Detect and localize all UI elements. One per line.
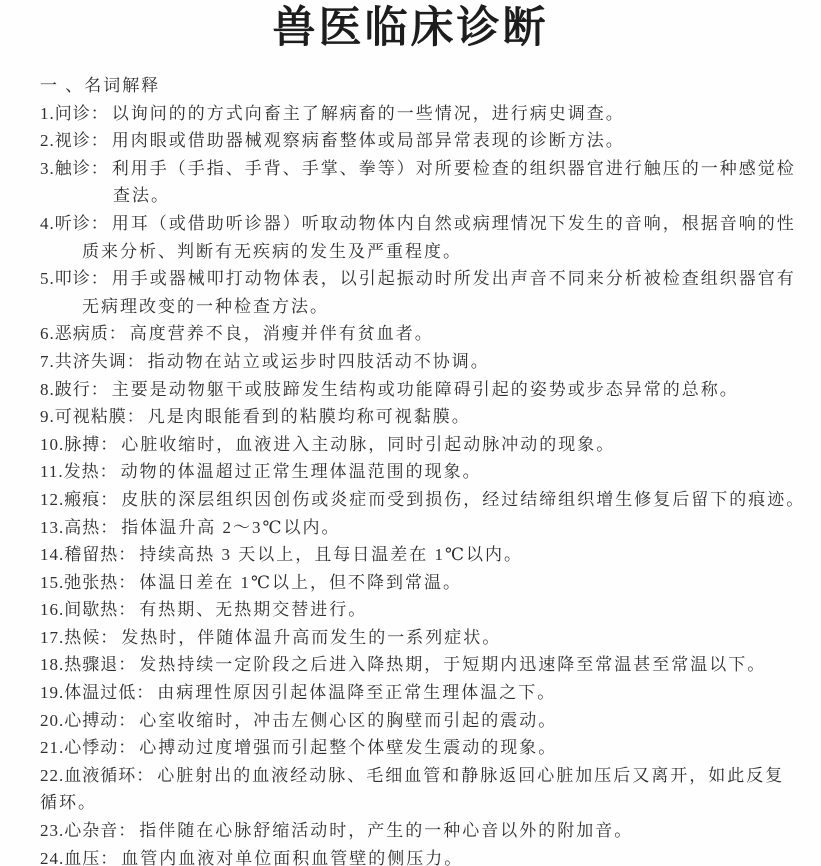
term-item: 21.心悸动：心搏动过度增强而引起整个体壁发生震动的现象。 [40, 734, 815, 762]
term-item: 2.视诊：用肉眼或借助器械观察病畜整体或局部异常表现的诊断方法。 [40, 127, 815, 155]
term-label: 10.脉搏： [40, 435, 118, 454]
term-definition: 皮肤的深层组织因创伤或炎症而受到损伤，经过结缔组织增生修复后留下的痕迹。 [121, 490, 805, 509]
term-label: 17.热候： [40, 628, 118, 647]
term-definition: 动物的体温超过正常生理体温范围的现象。 [121, 462, 482, 481]
term-definition: 用肉眼或借助器械观察病畜整体或局部异常表现的诊断方法。 [112, 131, 625, 150]
term-item: 14.稽留热：持续高热 3 天以上，且每日温差在 1℃以内。 [40, 541, 815, 569]
term-definition: 发热持续一定阶段之后进入降热期，于短期内迅速降至常温甚至常温以下。 [139, 655, 766, 674]
term-item: 9.可视粘膜：凡是肉眼能看到的粘膜均称可视黏膜。 [40, 403, 815, 431]
term-item: 10.脉搏：心脏收缩时，血液进入主动脉，同时引起动脉冲动的现象。 [40, 431, 815, 459]
term-definition: 由病理性原因引起体温降至正常生理体温之下。 [157, 683, 556, 702]
term-item: 11.发热：动物的体温超过正常生理体温范围的现象。 [40, 458, 815, 486]
term-definition: 有热期、无热期交替进行。 [139, 600, 367, 619]
term-label: 6.恶病质： [40, 324, 127, 343]
term-definition: 心脏射出的血液经动脉、毛细血管和静脉返回心脏加压后又离开，如此反复 [157, 766, 784, 785]
term-label: 23.心杂音： [40, 821, 136, 840]
term-label: 24.血压： [40, 849, 118, 866]
term-label: 20.心搏动： [40, 711, 136, 730]
term-item: 3.触诊：利用手（手指、手背、手掌、拳等）对所要检查的组织器官进行触压的一种感觉… [40, 155, 815, 183]
term-item: 4.听诊：用耳（或借助听诊器）听取动物体内自然或病理情况下发生的音响，根据音响的… [40, 210, 815, 238]
term-label: 4.听诊： [40, 214, 109, 233]
term-item: 15.弛张热：体温日差在 1℃以上，但不降到常温。 [40, 569, 815, 597]
term-label: 14.稽留热： [40, 545, 136, 564]
term-label: 15.弛张热： [40, 573, 136, 592]
term-definition: 用手或器械叩打动物体表，以引起振动时所发出声音不同来分析被检查组织器官有 [112, 269, 796, 288]
term-definition-continuation: 查法。 [40, 182, 815, 210]
term-definition-continuation: 循环。 [40, 789, 815, 817]
term-definition-continuation: 质来分析、判断有无疾病的发生及严重程度。 [40, 238, 815, 266]
term-item: 19.体温过低：由病理性原因引起体温降至正常生理体温之下。 [40, 679, 815, 707]
term-item: 12.瘢痕：皮肤的深层组织因创伤或炎症而受到损伤，经过结缔组织增生修复后留下的痕… [40, 486, 815, 514]
term-definition: 利用手（手指、手背、手掌、拳等）对所要检查的组织器官进行触压的一种感觉检 [112, 159, 796, 178]
term-label: 13.高热： [40, 518, 118, 537]
term-label: 9.可视粘膜： [40, 407, 145, 426]
term-item: 24.血压：血管内血液对单位面积血管壁的侧压力。 [40, 845, 815, 866]
term-label: 8.跛行： [40, 380, 109, 399]
term-definition: 血管内血液对单位面积血管壁的侧压力。 [121, 849, 463, 866]
term-item: 22.血液循环：心脏射出的血液经动脉、毛细血管和静脉返回心脏加压后又离开，如此反… [40, 762, 815, 790]
term-definition: 凡是肉眼能看到的粘膜均称可视黏膜。 [148, 407, 471, 426]
term-label: 19.体温过低： [40, 683, 154, 702]
term-definition: 指体温升高 2～3℃以内。 [121, 518, 340, 537]
term-label: 7.共济失调： [40, 352, 145, 371]
term-label: 5.叩诊： [40, 269, 109, 288]
term-label: 12.瘢痕： [40, 490, 118, 509]
term-definition: 指伴随在心脉舒缩活动时，产生的一种心音以外的附加音。 [139, 821, 633, 840]
terms-list: 1.问诊：以询问的的方式向畜主了解病畜的一些情况，进行病史调查。2.视诊：用肉眼… [40, 100, 815, 866]
term-label: 11.发热： [40, 462, 118, 481]
term-definition: 发热时，伴随体温升高而发生的一系列症状。 [121, 628, 501, 647]
term-label: 1.问诊： [40, 104, 109, 123]
term-label: 21.心悸动： [40, 738, 136, 757]
term-label: 3.触诊： [40, 159, 109, 178]
term-label: 18.热骤退： [40, 655, 136, 674]
term-item: 5.叩诊：用手或器械叩打动物体表，以引起振动时所发出声音不同来分析被检查组织器官… [40, 265, 815, 293]
term-definition: 心脏收缩时，血液进入主动脉，同时引起动脉冲动的现象。 [121, 435, 615, 454]
term-label: 22.血液循环： [40, 766, 154, 785]
term-item: 16.间歇热：有热期、无热期交替进行。 [40, 596, 815, 624]
term-item: 23.心杂音：指伴随在心脉舒缩活动时，产生的一种心音以外的附加音。 [40, 817, 815, 845]
term-definition: 用耳（或借助听诊器）听取动物体内自然或病理情况下发生的音响，根据音响的性 [112, 214, 796, 233]
term-definition: 体温日差在 1℃以上，但不降到常温。 [139, 573, 462, 592]
term-definition: 持续高热 3 天以上，且每日温差在 1℃以内。 [139, 545, 523, 564]
term-label: 2.视诊： [40, 131, 109, 150]
term-item: 13.高热：指体温升高 2～3℃以内。 [40, 514, 815, 542]
term-item: 20.心搏动：心室收缩时，冲击左侧心区的胸壁而引起的震动。 [40, 707, 815, 735]
term-item: 6.恶病质：高度营养不良，消瘦并伴有贫血者。 [40, 320, 815, 348]
page-title: 兽医临床诊断 [0, 3, 821, 55]
term-definition: 高度营养不良，消瘦并伴有贫血者。 [130, 324, 434, 343]
term-item: 18.热骤退：发热持续一定阶段之后进入降热期，于短期内迅速降至常温甚至常温以下。 [40, 651, 815, 679]
term-item: 1.问诊：以询问的的方式向畜主了解病畜的一些情况，进行病史调查。 [40, 100, 815, 128]
term-definition: 指动物在站立或运步时四肢活动不协调。 [148, 352, 490, 371]
term-definition: 以询问的的方式向畜主了解病畜的一些情况，进行病史调查。 [112, 104, 625, 123]
section-heading: 一 、名词解释 [40, 72, 821, 100]
term-definition: 心搏动过度增强而引起整个体壁发生震动的现象。 [139, 738, 557, 757]
term-definition: 主要是动物躯干或肢蹄发生结构或功能障碍引起的姿势或步态异常的总称。 [112, 380, 739, 399]
term-definition-continuation: 无病理改变的一种检查方法。 [40, 293, 815, 321]
document-page: 兽医临床诊断 一 、名词解释 1.问诊：以询问的的方式向畜主了解病畜的一些情况，… [0, 0, 821, 866]
term-label: 16.间歇热： [40, 600, 136, 619]
term-item: 7.共济失调：指动物在站立或运步时四肢活动不协调。 [40, 348, 815, 376]
term-definition: 心室收缩时，冲击左侧心区的胸壁而引起的震动。 [139, 711, 557, 730]
term-item: 8.跛行：主要是动物躯干或肢蹄发生结构或功能障碍引起的姿势或步态异常的总称。 [40, 376, 815, 404]
term-item: 17.热候：发热时，伴随体温升高而发生的一系列症状。 [40, 624, 815, 652]
